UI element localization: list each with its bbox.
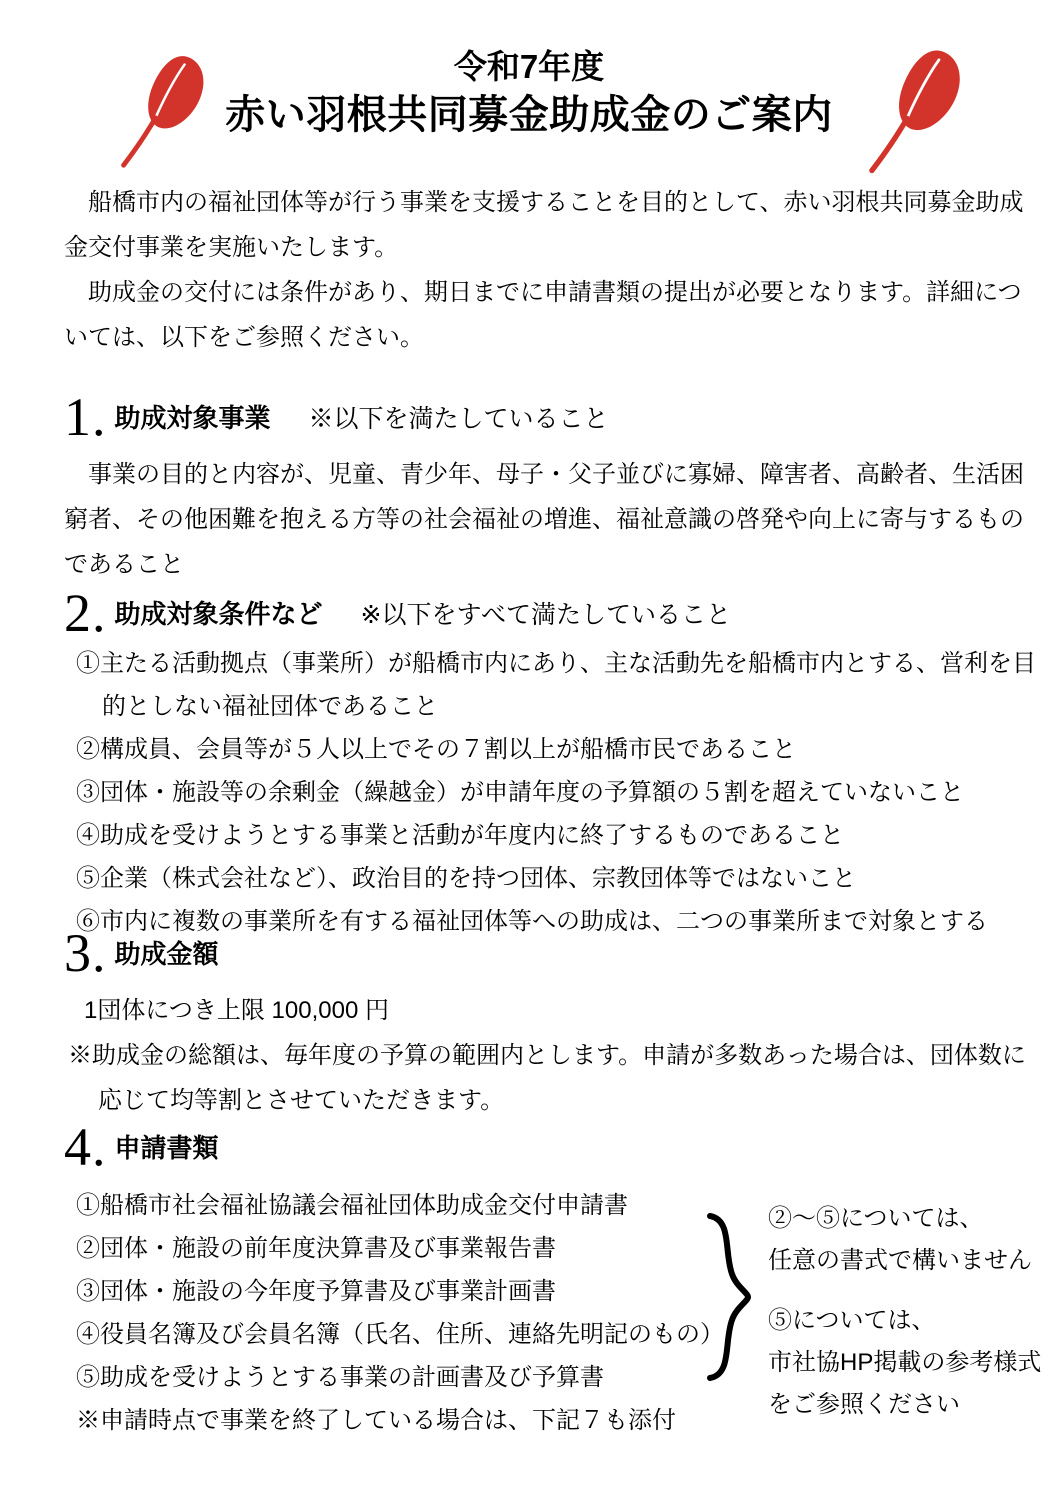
- section4-number: 4.: [64, 1120, 107, 1174]
- list-item: ⑤企業（株式会社など）、政治目的を持つ団体、宗教団体等ではないこと: [76, 857, 1044, 900]
- intro-paragraph-1: 船橋市内の福祉団体等が行う事業を支援することを目的として、赤い羽根共同募金助成金…: [64, 180, 1038, 270]
- document-page: 令和7年度 赤い羽根共同募金助成金のご案内 船橋市内の福祉団体等が行う事業を支援…: [0, 0, 1058, 1497]
- section3-title: 助成金額: [115, 939, 219, 969]
- side-note-hp-reference: ⑤については、 市社協HP掲載の参考様式 をご参照ください: [768, 1300, 1041, 1426]
- section1-number: 1.: [64, 390, 107, 444]
- grant-total-note: ※助成金の総額は、毎年度の予算の範囲内とします。申請が多数あった場合は、団体数に…: [68, 1033, 1038, 1123]
- section1-note: ※以下を満たしていること: [309, 405, 609, 433]
- side-note-line: をご参照ください: [768, 1384, 1041, 1426]
- side-note-line: ②～⑤については、: [768, 1198, 1032, 1240]
- section3-body: 1団体につき上限 100,000 円 ※助成金の総額は、毎年度の予算の範囲内とし…: [68, 988, 1038, 1123]
- section2-heading: 2.助成対象条件など※以下をすべて満たしていること: [64, 586, 731, 640]
- side-note-formats: ②～⑤については、 任意の書式で構いません: [768, 1198, 1032, 1282]
- section2-item-list: ①主たる活動拠点（事業所）が船橋市内にあり、主な活動先を船橋市内とする、営利を目…: [76, 642, 1044, 943]
- right-curly-brace-icon: [704, 1210, 762, 1384]
- section1-heading: 1.助成対象事業※以下を満たしていること: [64, 390, 609, 444]
- section2-note: ※以下をすべて満たしていること: [361, 601, 731, 629]
- side-note-line: 任意の書式で構いません: [768, 1240, 1032, 1282]
- list-item: ①主たる活動拠点（事業所）が船橋市内にあり、主な活動先を船橋市内とする、営利を目…: [76, 642, 1044, 728]
- side-note-line: ⑤については、: [768, 1300, 1041, 1342]
- section2-title: 助成対象条件など: [115, 599, 323, 629]
- list-item: ②構成員、会員等が５人以上でその７割以上が船橋市民であること: [76, 728, 1044, 771]
- section4-title: 申請書類: [115, 1133, 219, 1163]
- list-item: ③団体・施設等の余剰金（繰越金）が申請年度の予算額の５割を超えていないこと: [76, 771, 1044, 814]
- section1-title: 助成対象事業: [115, 403, 271, 433]
- section3-number: 3.: [64, 926, 107, 980]
- era-title: 令和7年度: [0, 46, 1058, 88]
- intro-paragraph-2: 助成金の交付には条件があり、期日までに申請書類の提出が必要となります。詳細につい…: [64, 270, 1038, 360]
- section4-heading: 4.申請書類: [64, 1120, 219, 1174]
- side-note-line: 市社協HP掲載の参考様式: [768, 1342, 1041, 1384]
- list-item: ④助成を受けようとする事業と活動が年度内に終了するものであること: [76, 814, 1044, 857]
- title-block: 令和7年度 赤い羽根共同募金助成金のご案内: [0, 46, 1058, 142]
- grant-limit-line: 1団体につき上限 100,000 円: [84, 988, 1038, 1033]
- section1-body: 事業の目的と内容が、児童、青少年、母子・父子並びに寡婦、障害者、高齢者、生活困窮…: [64, 452, 1042, 587]
- section2-number: 2.: [64, 586, 107, 640]
- page-title: 赤い羽根共同募金助成金のご案内: [0, 88, 1058, 142]
- intro-paragraphs: 船橋市内の福祉団体等が行う事業を支援することを目的として、赤い羽根共同募金助成金…: [64, 180, 1038, 360]
- list-item: ⑥市内に複数の事業所を有する福祉団体等への助成は、二つの事業所まで対象とする: [76, 900, 1044, 943]
- section3-heading: 3.助成金額: [64, 926, 219, 980]
